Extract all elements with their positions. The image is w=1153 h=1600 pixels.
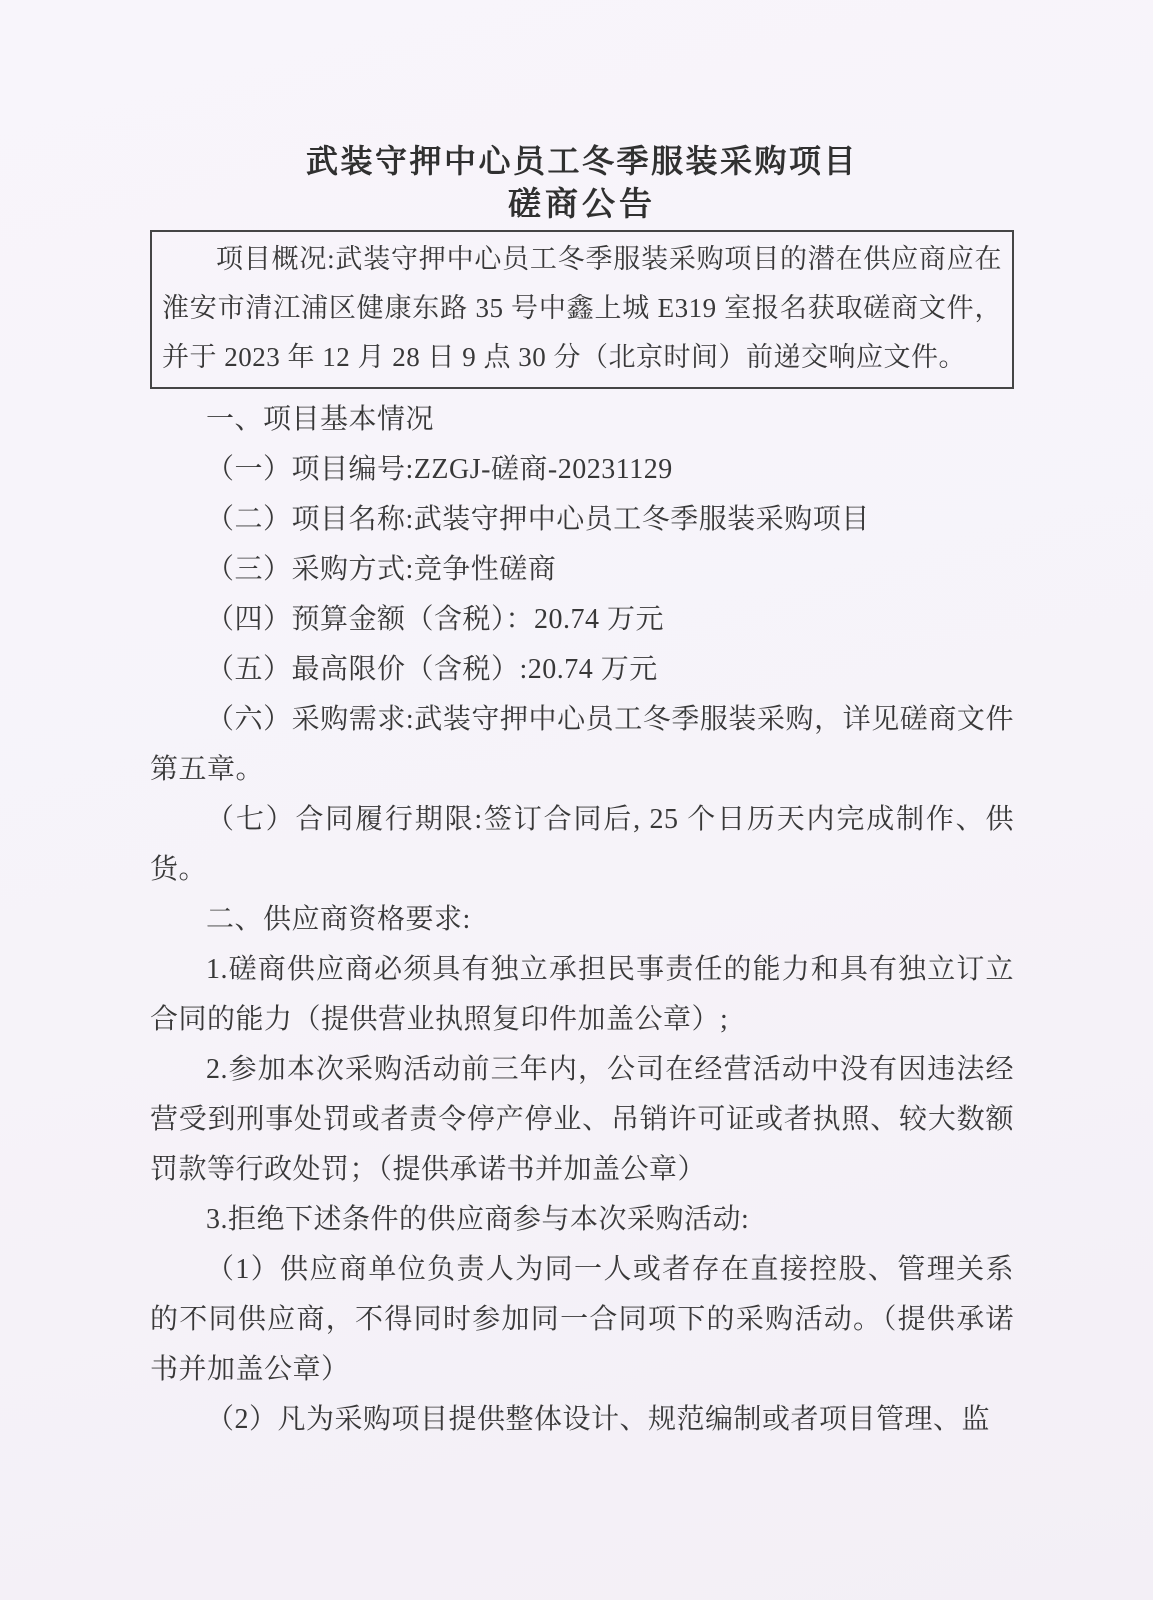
- para-max-price-limit: （五）最高限价（含税）:20.74 万元: [150, 645, 1014, 695]
- para-project-name: （二）项目名称:武装守押中心员工冬季服装采购项目: [150, 495, 1014, 545]
- document-body: 一、项目基本情况 （一）项目编号:ZZGJ-磋商-20231129 （二）项目名…: [150, 395, 1014, 1445]
- document-title: 武装守押中心员工冬季服装采购项目: [150, 140, 1014, 182]
- para-contract-period: （七）合同履行期限:签订合同后, 25 个日历天内完成制作、供货。: [150, 795, 1014, 895]
- project-overview-box: 项目概况:武装守押中心员工冬季服装采购项目的潜在供应商应在淮安市清江浦区健康东路…: [150, 230, 1014, 389]
- para-supplier-qualification-heading: 二、供应商资格要求:: [150, 895, 1014, 945]
- para-qualification-3-1: （1）供应商单位负责人为同一人或者存在直接控股、管理关系的不同供应商，不得同时参…: [150, 1245, 1014, 1395]
- project-overview-text: 项目概况:武装守押中心员工冬季服装采购项目的潜在供应商应在淮安市清江浦区健康东路…: [162, 235, 1002, 382]
- para-qualification-3-2: （2）凡为采购项目提供整体设计、规范编制或者项目管理、监: [150, 1395, 1014, 1445]
- para-budget-amount: （四）预算金额（含税）：20.74 万元: [150, 595, 1014, 645]
- document-content: 武装守押中心员工冬季服装采购项目 磋商公告 项目概况:武装守押中心员工冬季服装采…: [150, 140, 1014, 1445]
- para-procurement-requirement: （六）采购需求:武装守押中心员工冬季服装采购，详见磋商文件第五章。: [150, 695, 1014, 795]
- para-basic-info-heading: 一、项目基本情况: [150, 395, 1014, 445]
- para-qualification-3: 3.拒绝下述条件的供应商参与本次采购活动:: [150, 1195, 1014, 1245]
- para-procurement-method: （三）采购方式:竞争性磋商: [150, 545, 1014, 595]
- scanned-document-page: 武装守押中心员工冬季服装采购项目 磋商公告 项目概况:武装守押中心员工冬季服装采…: [0, 0, 1153, 1600]
- para-qualification-2: 2.参加本次采购活动前三年内，公司在经营活动中没有因违法经营受到刑事处罚或者责令…: [150, 1045, 1014, 1195]
- para-project-number: （一）项目编号:ZZGJ-磋商-20231129: [150, 445, 1014, 495]
- para-qualification-1: 1.磋商供应商必须具有独立承担民事责任的能力和具有独立订立合同的能力（提供营业执…: [150, 945, 1014, 1045]
- document-subtitle: 磋商公告: [150, 184, 1014, 226]
